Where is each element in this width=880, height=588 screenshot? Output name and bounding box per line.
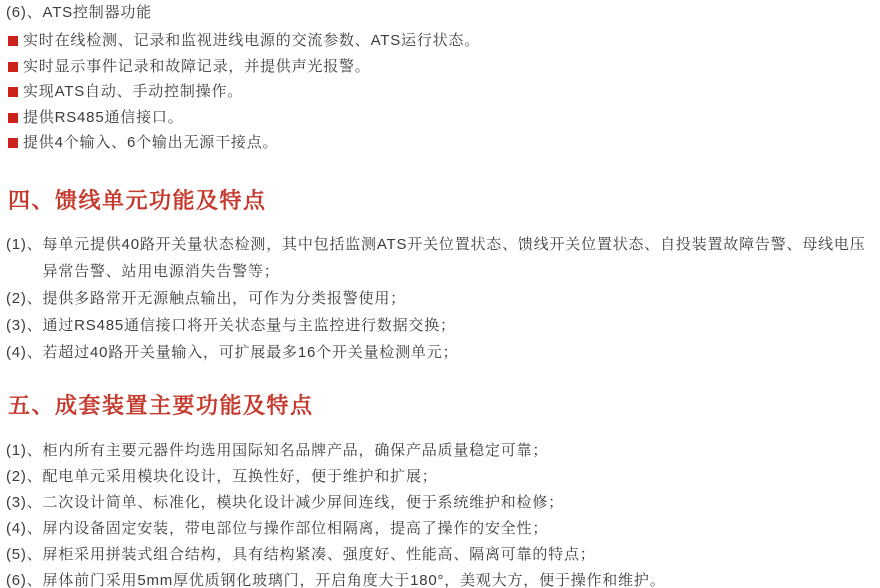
- ats-subsection-title: (6)、ATS控制器功能: [6, 3, 874, 22]
- item-number: (3)、: [6, 490, 43, 516]
- list-item: (3)、 二次设计简单、标准化，模块化设计减少屏间连线，便于系统维护和检修；: [6, 490, 874, 516]
- item-text: 屏体前门采用5mm厚优质钢化玻璃门，开启角度大于180°，美观大方，便于操作和维…: [43, 568, 874, 588]
- red-square-bullet-icon: [8, 62, 18, 72]
- ats-bullet-list: 实时在线检测、记录和监视进线电源的交流参数、ATS运行状态。 实时显示事件记录和…: [6, 28, 874, 156]
- item-number: (6)、: [6, 568, 43, 588]
- item-number: (1)、: [6, 438, 43, 464]
- item-text: 配电单元采用模块化设计，互换性好，便于维护和扩展；: [43, 464, 874, 490]
- list-item: (2)、 提供多路常开无源触点输出，可作为分类报警使用；: [6, 285, 874, 312]
- feeder-unit-item-list: (1)、 每单元提供40路开关量状态检测，其中包括监测ATS开关位置状态、馈线开…: [6, 231, 874, 366]
- bullet-text: 提供RS485通信接口。: [23, 105, 183, 131]
- list-item: 提供RS485通信接口。: [6, 105, 874, 131]
- list-item: 实时在线检测、记录和监视进线电源的交流参数、ATS运行状态。: [6, 28, 874, 54]
- item-number: (2)、: [6, 464, 43, 490]
- red-square-bullet-icon: [8, 87, 18, 97]
- list-item: (4)、 若超过40路开关量输入，可扩展最多16个开关量检测单元；: [6, 339, 874, 366]
- item-number: (2)、: [6, 285, 43, 312]
- list-item: 实现ATS自动、手动控制操作。: [6, 79, 874, 105]
- item-number: (3)、: [6, 312, 43, 339]
- list-item: (4)、 屏内设备固定安装，带电部位与操作部位相隔离，提高了操作的安全性；: [6, 516, 874, 542]
- list-item: (1)、 柜内所有主要元器件均选用国际知名品牌产品，确保产品质量稳定可靠；: [6, 438, 874, 464]
- item-text: 若超过40路开关量输入，可扩展最多16个开关量检测单元；: [43, 339, 874, 366]
- item-text: 屏内设备固定安装，带电部位与操作部位相隔离，提高了操作的安全性；: [43, 516, 874, 542]
- list-item: (2)、 配电单元采用模块化设计，互换性好，便于维护和扩展；: [6, 464, 874, 490]
- item-number: (1)、: [6, 231, 43, 258]
- item-number: (4)、: [6, 516, 43, 542]
- item-text: 屏柜采用拼装式组合结构，具有结构紧凑、强度好、性能高、隔离可靠的特点；: [43, 542, 874, 568]
- list-item: (1)、 每单元提供40路开关量状态检测，其中包括监测ATS开关位置状态、馈线开…: [6, 231, 874, 285]
- item-text: 通过RS485通信接口将开关状态量与主监控进行数据交换；: [43, 312, 874, 339]
- section-title-complete-set: 五、成套装置主要功能及特点: [8, 392, 874, 420]
- item-text: 提供多路常开无源触点输出，可作为分类报警使用；: [43, 285, 874, 312]
- list-item: 实时显示事件记录和故障记录，并提供声光报警。: [6, 54, 874, 80]
- bullet-text: 实现ATS自动、手动控制操作。: [23, 79, 243, 105]
- list-item: 提供4个输入、6个输出无源干接点。: [6, 130, 874, 156]
- bullet-text: 实时显示事件记录和故障记录，并提供声光报警。: [23, 54, 371, 80]
- document-page: (6)、ATS控制器功能 实时在线检测、记录和监视进线电源的交流参数、ATS运行…: [0, 0, 880, 588]
- item-text: 每单元提供40路开关量状态检测，其中包括监测ATS开关位置状态、馈线开关位置状态…: [43, 231, 874, 285]
- red-square-bullet-icon: [8, 36, 18, 46]
- red-square-bullet-icon: [8, 138, 18, 148]
- bullet-text: 实时在线检测、记录和监视进线电源的交流参数、ATS运行状态。: [23, 28, 480, 54]
- item-number: (5)、: [6, 542, 43, 568]
- list-item: (5)、 屏柜采用拼装式组合结构，具有结构紧凑、强度好、性能高、隔离可靠的特点；: [6, 542, 874, 568]
- list-item: (6)、 屏体前门采用5mm厚优质钢化玻璃门，开启角度大于180°，美观大方，便…: [6, 568, 874, 588]
- complete-set-item-list: (1)、 柜内所有主要元器件均选用国际知名品牌产品，确保产品质量稳定可靠； (2…: [6, 438, 874, 588]
- item-text: 柜内所有主要元器件均选用国际知名品牌产品，确保产品质量稳定可靠；: [43, 438, 874, 464]
- item-number: (4)、: [6, 339, 43, 366]
- list-item: (3)、 通过RS485通信接口将开关状态量与主监控进行数据交换；: [6, 312, 874, 339]
- item-text: 二次设计简单、标准化，模块化设计减少屏间连线，便于系统维护和检修；: [43, 490, 874, 516]
- red-square-bullet-icon: [8, 113, 18, 123]
- section-title-feeder-unit: 四、馈线单元功能及特点: [8, 187, 874, 215]
- bullet-text: 提供4个输入、6个输出无源干接点。: [23, 130, 278, 156]
